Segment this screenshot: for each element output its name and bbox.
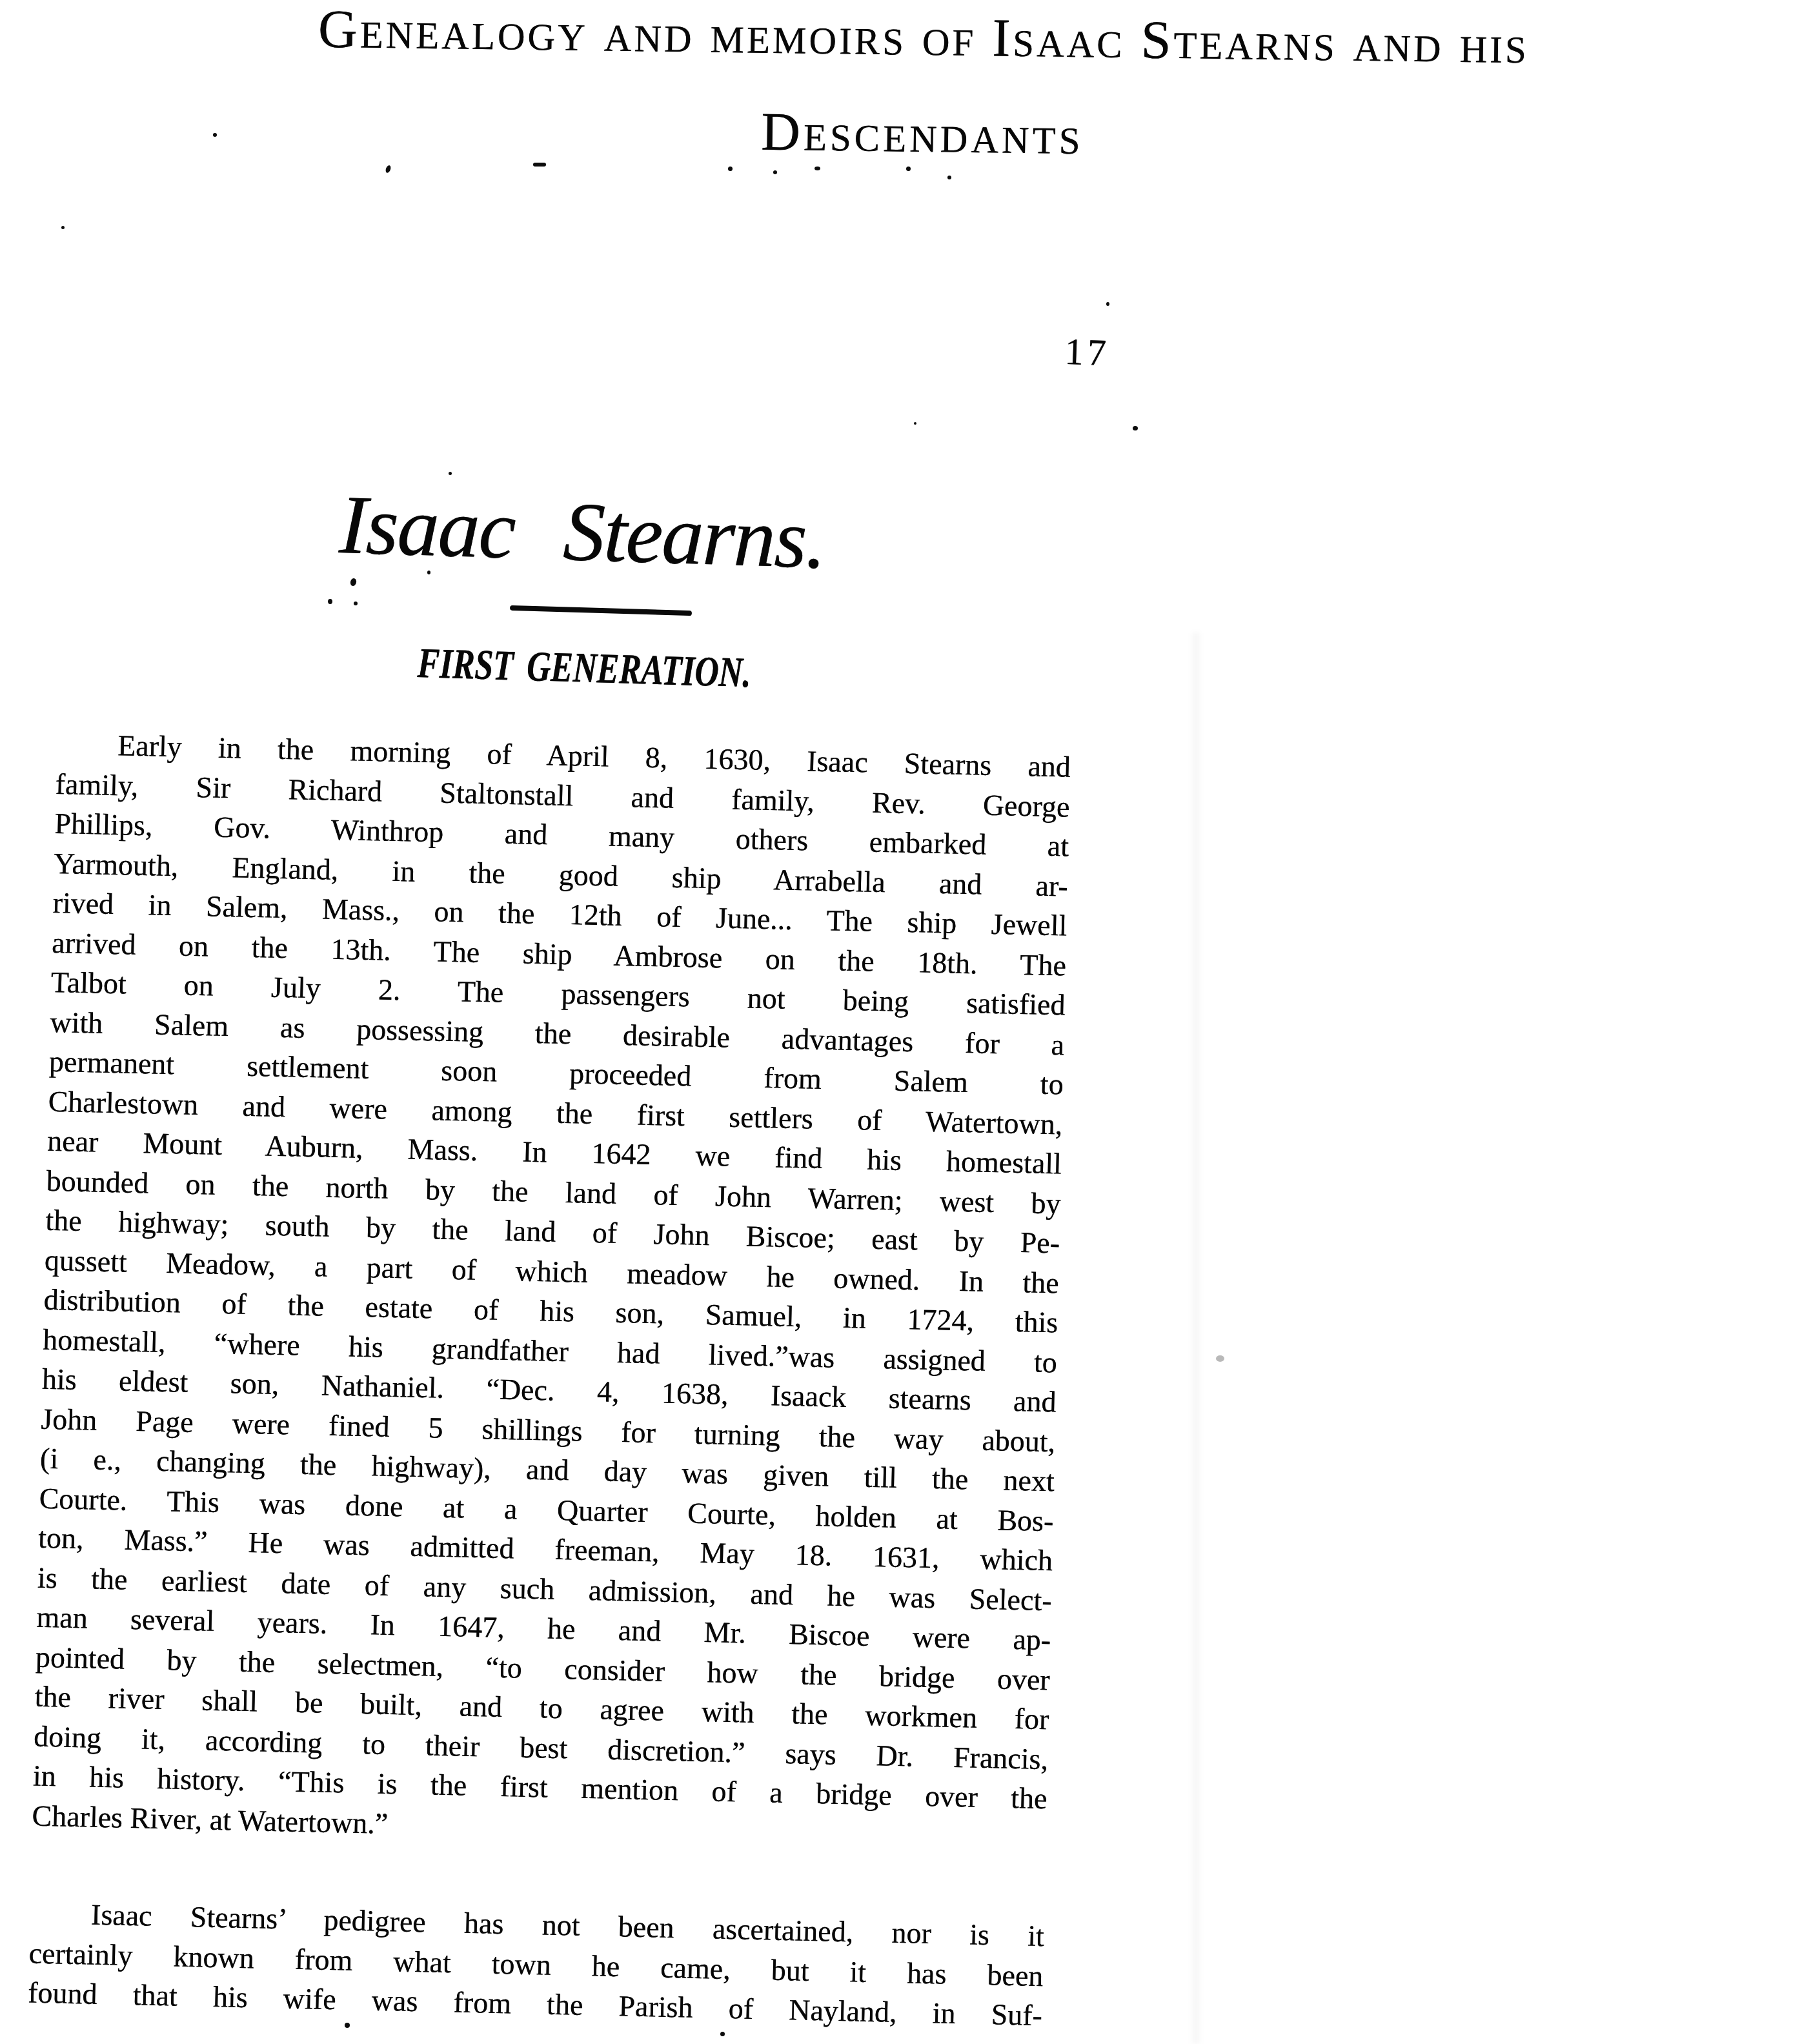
ink-speck [354,602,358,605]
ink-speck [914,422,916,425]
ink-speck [427,571,430,574]
ink-speck [773,170,777,174]
ink-speck [449,472,452,475]
ink-speck [213,133,217,137]
ink-speck [533,163,546,167]
ink-speck [385,165,392,174]
ink-speck [1133,426,1138,430]
paragraph-first-generation: Early in the morning of April 8, 1630, I… [32,724,1071,1858]
book-header: Genealogy and memoirs of Isaac Stearns a… [96,0,1750,172]
paragraph-pedigree: Isaac Stearns’ pedigree has not been asc… [28,1894,1045,2036]
section-heading: FIRST GENERATION. [417,640,752,697]
page-number: 17 [1064,330,1111,374]
ink-speck [1216,1355,1224,1362]
ink-speck [350,578,358,587]
ink-speck [345,2023,350,2028]
body-text: Early in the morning of April 8, 1630, I… [28,724,1071,2036]
ink-speck [720,2032,725,2036]
ink-speck [728,167,733,171]
chapter-title: Isaac Stearns. [338,483,827,582]
ink-speck [328,599,332,604]
ink-speck [61,226,65,229]
ink-speck [906,167,911,171]
ink-speck [814,167,820,170]
book-title-line-2: Descendants [96,96,1749,172]
scanned-book-page: Genealogy and memoirs of Isaac Stearns a… [0,0,1811,2044]
book-title-line-1: Genealogy and memoirs of Isaac Stearns a… [97,0,1750,76]
ink-speck [1106,302,1109,306]
scan-shadow-band [1193,632,1199,2044]
title-divider-rule [510,605,692,616]
ink-speck [947,176,951,179]
